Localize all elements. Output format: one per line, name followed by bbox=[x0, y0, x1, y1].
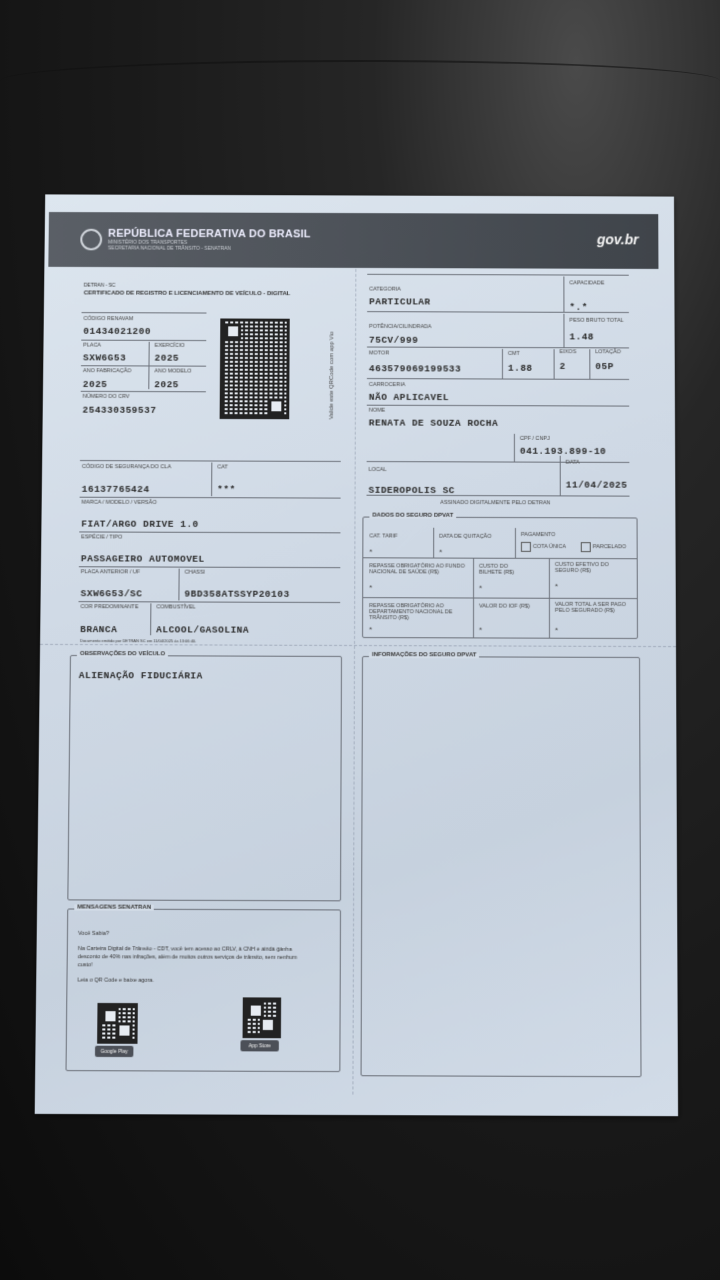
cla-label: CÓDIGO DE SEGURANÇA DO CLA bbox=[82, 464, 171, 470]
placa-anterior-value: SXW6G53/SC bbox=[81, 588, 143, 599]
repasse-fns-label: REPASSE OBRIGATÓRIO AO FUNDO NACIONAL DE… bbox=[369, 563, 469, 575]
lotacao-value: 05P bbox=[595, 361, 614, 372]
app-store-badge[interactable]: App Store bbox=[240, 1040, 278, 1051]
observacoes-box: OBSERVAÇÕES DO VEÍCULO ALIENAÇÃO FIDUCIÁ… bbox=[67, 655, 342, 901]
ano-fabricacao-label: ANO FABRICAÇÃO bbox=[83, 368, 132, 374]
nome-value: RENATA DE SOUZA ROCHA bbox=[369, 418, 499, 429]
cat-tarif-value: * bbox=[369, 547, 372, 556]
local-label: LOCAL bbox=[369, 467, 387, 473]
cota-unica-checkbox[interactable] bbox=[521, 542, 531, 552]
iof-label: VALOR DO IOF (R$) bbox=[479, 604, 530, 610]
data-quitacao-label: DATA DE QUITAÇÃO bbox=[439, 534, 491, 540]
chassi-value: 9BD358ATSSYP20103 bbox=[184, 589, 289, 600]
google-play-qr-code[interactable] bbox=[97, 1003, 138, 1044]
fold-line bbox=[352, 215, 356, 1095]
eixos-label: EIXOS bbox=[560, 349, 577, 355]
combustivel-value: ALCOOL/GASOLINA bbox=[156, 624, 249, 635]
dpvat-box: DADOS DO SEGURO DPVAT CAT. TARIF * DATA … bbox=[362, 517, 638, 639]
chassi-label: CHASSI bbox=[185, 570, 205, 576]
parcelado-option[interactable]: PARCELADO bbox=[581, 542, 626, 552]
custo-efetivo-label: CUSTO EFETIVO DO SEGURO (R$) bbox=[555, 562, 625, 574]
qr-caption: Valide este QRCode com app Vio bbox=[329, 331, 335, 419]
ano-modelo-label: ANO MODELO bbox=[154, 368, 191, 374]
pagamento-label: PAGAMENTO bbox=[521, 532, 556, 538]
crv-value: 254330359537 bbox=[82, 405, 156, 416]
motor-value: 463579069199533 bbox=[369, 363, 461, 374]
repasse-denatran-label: REPASSE OBRIGATÓRIO AO DEPARTAMENTO NACI… bbox=[369, 603, 469, 621]
mensagens-title: MENSAGENS SENATRAN bbox=[74, 904, 154, 910]
app-store-qr-code[interactable] bbox=[243, 997, 282, 1038]
parcelado-checkbox[interactable] bbox=[581, 542, 591, 552]
qr-code[interactable] bbox=[220, 318, 290, 419]
data-value: 11/04/2025 bbox=[566, 480, 628, 491]
crv-label: NÚMERO DO CRV bbox=[83, 394, 130, 400]
document-header: REPÚBLICA FEDERATIVA DO BRASIL MINISTÉRI… bbox=[48, 212, 658, 269]
signed-note: ASSINADO DIGITALMENTE PELO DETRAN bbox=[440, 500, 550, 506]
cpf-label: CPF / CNPJ bbox=[520, 436, 550, 442]
info-dpvat-title: INFORMAÇÕES DO SEGURO DPVAT bbox=[369, 652, 479, 658]
repasse-fns-value: * bbox=[369, 583, 372, 592]
mensagem-cta: Leia o QR Code e baixe agora. bbox=[78, 976, 298, 985]
carroceria-value: NÃO APLICAVEL bbox=[369, 392, 449, 403]
peso-label: PESO BRUTO TOTAL bbox=[569, 318, 623, 324]
peso-value: 1.48 bbox=[569, 331, 594, 342]
footer-note: Documento emitido por DETRAN SC em 11/04… bbox=[80, 638, 196, 643]
placa-anterior-label: PLACA ANTERIOR / UF bbox=[81, 569, 140, 575]
iof-value: * bbox=[479, 625, 482, 634]
cota-unica-option[interactable]: COTA ÚNICA bbox=[521, 542, 566, 552]
especie-label: ESPÉCIE / TIPO bbox=[81, 534, 122, 540]
motor-label: MOTOR bbox=[369, 350, 389, 356]
cpf-value: 041.193.899-10 bbox=[520, 446, 606, 457]
total-value: * bbox=[555, 626, 558, 635]
seat-background bbox=[0, 60, 720, 102]
data-label: DATA bbox=[566, 460, 580, 466]
cla-value: 16137765424 bbox=[82, 484, 150, 495]
observacoes-value: ALIENAÇÃO FIDUCIÁRIA bbox=[79, 670, 203, 681]
cmt-value: 1.88 bbox=[508, 363, 533, 374]
renavam-label: CÓDIGO RENAVAM bbox=[83, 316, 133, 322]
marca-label: MARCA / MODELO / VERSÃO bbox=[82, 500, 157, 506]
google-play-badge[interactable]: Google Play bbox=[95, 1046, 133, 1057]
custo-bilhete-label: CUSTO DO BILHETE (R$) bbox=[479, 564, 529, 576]
crlv-document: REPÚBLICA FEDERATIVA DO BRASIL MINISTÉRI… bbox=[35, 194, 678, 1116]
especie-value: PASSAGEIRO AUTOMOVEL bbox=[81, 553, 205, 564]
cat-value: *** bbox=[217, 484, 236, 495]
combustivel-label: COMBUSTÍVEL bbox=[156, 604, 195, 610]
placa-value: SXW6G53 bbox=[83, 352, 126, 363]
repasse-denatran-value: * bbox=[369, 625, 372, 634]
country-title: REPÚBLICA FEDERATIVA DO BRASIL bbox=[108, 228, 311, 240]
mensagem-body: Na Carteira Digital de Trânsito - CDT, v… bbox=[78, 945, 298, 970]
potencia-label: POTÊNCIA/CILINDRADA bbox=[369, 324, 431, 330]
total-label: VALOR TOTAL A SER PAGO PELO SEGURADO (R$… bbox=[555, 602, 633, 614]
observacoes-title: OBSERVAÇÕES DO VEÍCULO bbox=[77, 651, 168, 657]
info-dpvat-box: INFORMAÇÕES DO SEGURO DPVAT bbox=[361, 656, 642, 1077]
custo-bilhete-value: * bbox=[479, 584, 482, 593]
secretariat: SECRETARIA NACIONAL DE TRÂNSITO - SENATR… bbox=[108, 245, 311, 252]
data-quitacao-value: * bbox=[439, 548, 442, 557]
mensagem-intro: Você Sabia? bbox=[78, 930, 298, 939]
brazil-coat-of-arms-icon bbox=[80, 229, 102, 251]
mensagens-box: MENSAGENS SENATRAN Você Sabia? Na Cartei… bbox=[66, 908, 341, 1072]
cat-tarif-label: CAT. TARIF bbox=[369, 533, 397, 539]
cmt-label: CMT bbox=[508, 351, 520, 357]
lotacao-label: LOTAÇÃO bbox=[595, 349, 621, 355]
issuer: DETRAN - SC bbox=[84, 283, 116, 289]
ano-modelo-value: 2025 bbox=[154, 379, 179, 390]
placa-label: PLACA bbox=[83, 343, 101, 349]
exercicio-label: EXERCÍCIO bbox=[155, 343, 185, 349]
dpvat-title: DADOS DO SEGURO DPVAT bbox=[369, 513, 456, 519]
nome-label: NOME bbox=[369, 408, 385, 414]
govbr-logo: gov.br bbox=[597, 232, 639, 248]
categoria-value: PARTICULAR bbox=[369, 296, 431, 307]
exercicio-value: 2025 bbox=[154, 353, 179, 364]
capacidade-label: CAPACIDADE bbox=[569, 280, 604, 286]
cor-value: BRANCA bbox=[80, 624, 117, 635]
cat-label: CAT bbox=[217, 464, 228, 470]
potencia-value: 75CV/999 bbox=[369, 335, 418, 346]
custo-efetivo-value: * bbox=[555, 582, 558, 591]
carroceria-label: CARROCERIA bbox=[369, 382, 405, 388]
eixos-value: 2 bbox=[560, 361, 566, 372]
ano-fabricacao-value: 2025 bbox=[83, 379, 108, 390]
marca-value: FIAT/ARGO DRIVE 1.0 bbox=[81, 519, 199, 530]
renavam-value: 01434021200 bbox=[83, 326, 151, 337]
document-title: CERTIFICADO DE REGISTRO E LICENCIAMENTO … bbox=[84, 291, 291, 298]
categoria-label: CATEGORIA bbox=[369, 287, 401, 293]
cor-label: COR PREDOMINANTE bbox=[80, 604, 138, 610]
